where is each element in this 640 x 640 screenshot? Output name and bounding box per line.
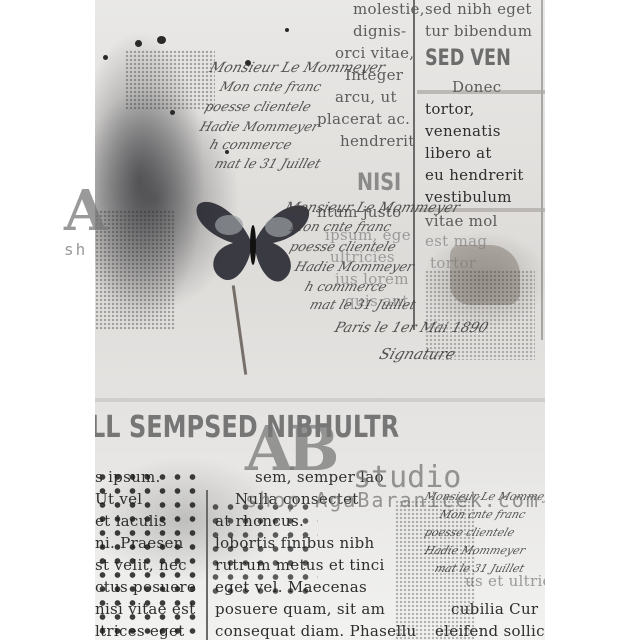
newsprint-line: tortor, [425,100,475,118]
dot-pattern [208,500,318,600]
stem [232,285,247,375]
handwriting-line: Paris le 1er Mai 1890 [332,320,490,336]
newsprint-line: us et ultric [465,572,545,590]
newsprint-line: hendrerit [340,132,415,150]
newsprint-line: Donec [452,78,502,96]
handwriting-line: poesse clientele [203,100,313,115]
handwriting-line: Monsieur Le Mommeyer [207,60,387,76]
handwriting-line: Mon cnte franc [288,220,394,235]
newsprint-line: placerat ac. [317,110,410,128]
handwriting-signature: Signature [377,345,458,363]
ink-splatter [135,40,142,47]
handwriting-line: Monsieur Le Mommeyer [282,200,462,216]
newsprint-line: venenatis [425,122,501,140]
ink-splatter [285,28,289,32]
watermark-url: shop AgaBaranicek.com [245,488,540,512]
newsprint-line: sed nibh eget [425,0,532,18]
collage-artwork: sed nibh eget tur bibendum SED VEN Donec… [95,0,545,640]
halftone-texture [125,50,215,110]
handwriting-line: Hadie Mommeyer [198,120,321,135]
newsprint-heading: NISI [357,168,401,196]
newsprint-line: dignis- [353,22,406,40]
dot-pattern [95,470,203,640]
ink-splatter [103,55,108,60]
watermark-logo: AB [245,412,334,485]
handwriting-line: poesse clientele [288,240,398,255]
newsprint-line: eu hendrerit [425,166,524,184]
newsprint-line: posuere quam, sit am [215,600,385,618]
newsprint-heading: SED VEN [425,46,511,71]
ink-splatter [157,36,166,44]
watermark-text-left: sh [64,240,87,259]
halftone-texture [395,500,475,640]
handwriting-line: mat le 31 Juillet [213,157,323,172]
newsprint-line: arcu, ut [335,88,397,106]
newsprint-line: consequat diam. Phasellu [215,622,417,640]
handwriting-line: h commerce [303,280,389,295]
rule [95,398,545,402]
handwriting-line: mat le 31 Juillet [308,298,418,313]
newsprint-line: molestie, [353,0,425,18]
watermark-logo-left: A [64,178,107,244]
handwriting-line: Mon cnte franc [218,80,324,95]
newsprint-line: tur bibendum [425,22,532,40]
handwriting-line: h commerce [208,138,294,153]
handwriting-line: Hadie Mommeyer [293,260,416,275]
ink-splatter [170,110,175,115]
column-divider [541,0,543,340]
newsprint-line: libero at [425,144,492,162]
